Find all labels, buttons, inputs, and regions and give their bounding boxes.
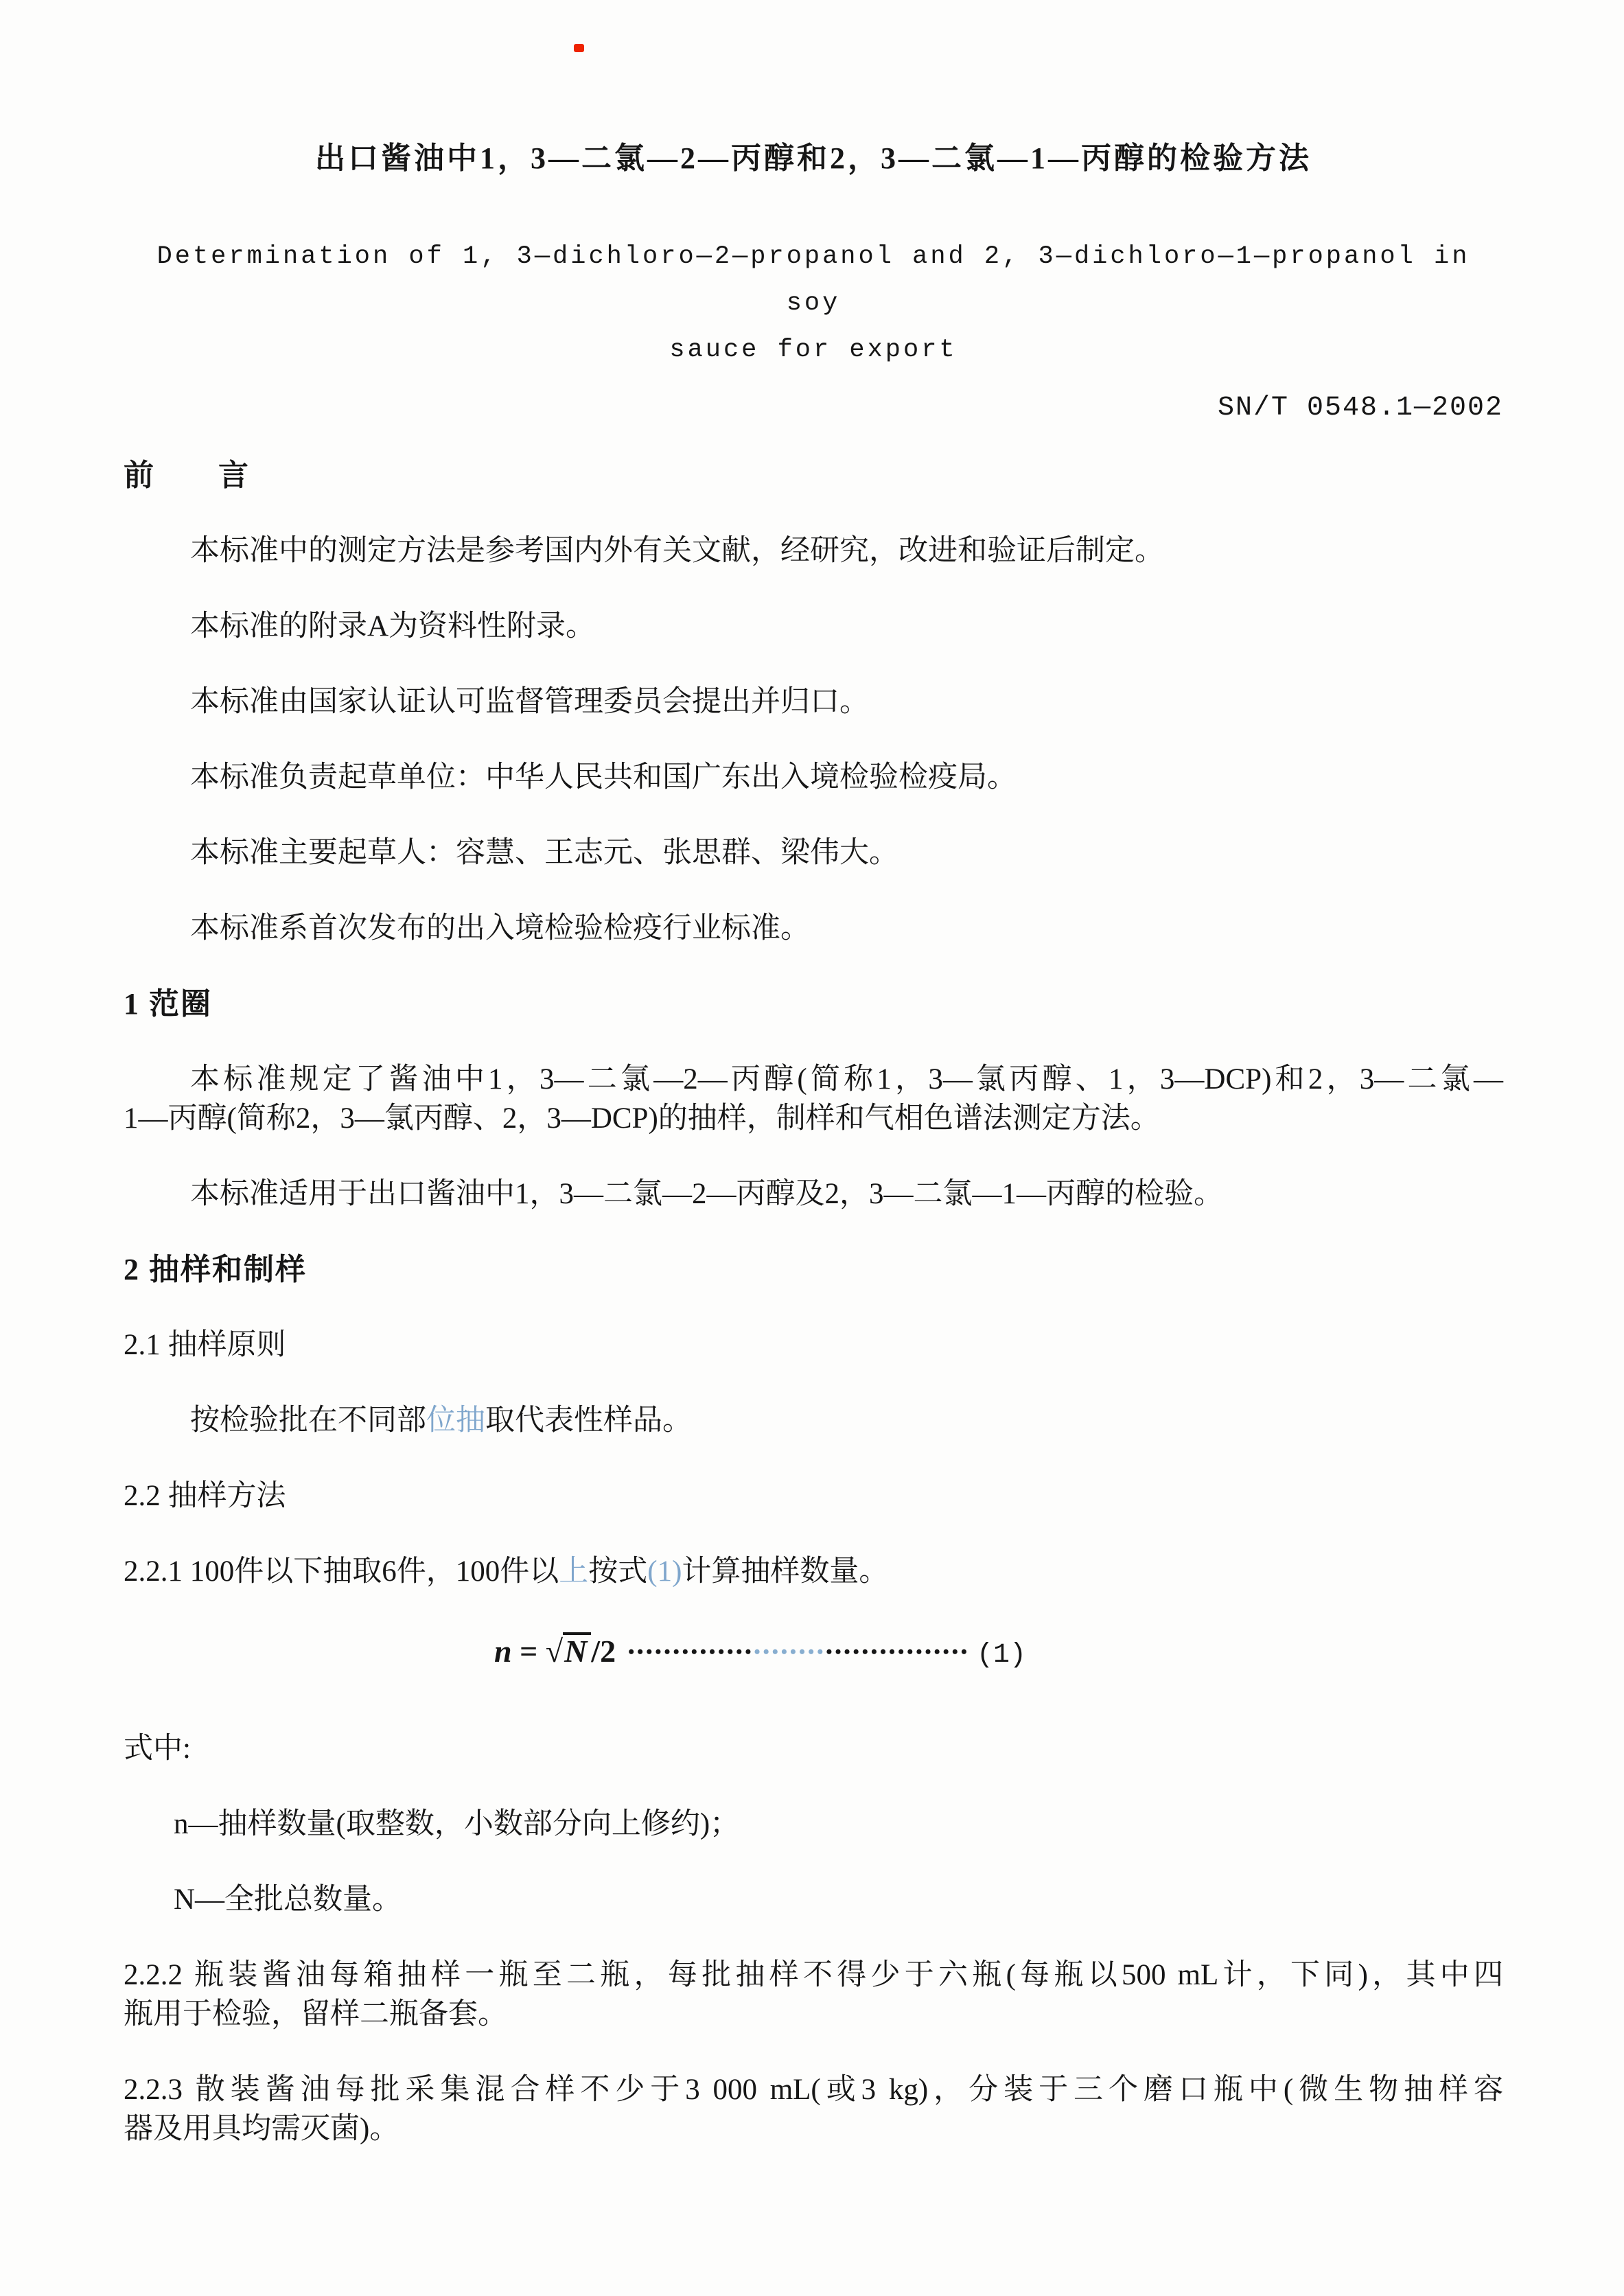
foreword-paragraph: 本标准的附录A为资料性附录。 xyxy=(124,607,1503,646)
sampling-principle-text: 取代表性样品。 xyxy=(485,1404,692,1437)
bulk-sampling-paragraph: 2.2.3 散装酱油每批采集混合样不少于3 000 mL(或3 kg)，分装于三… xyxy=(124,2070,1503,2148)
sampling-count-text-faded: 上 xyxy=(559,1555,588,1588)
sampling-heading: 2 抽样和制样 xyxy=(124,1250,1503,1289)
radicand: N xyxy=(563,1632,591,1667)
doc-title-cn: 出口酱油中1，3—二氯—2—丙醇和2，3—二氯—1—丙醇的检验方法 xyxy=(124,137,1503,180)
bulk-sampling-line2: 器及用具均需灭菌)。 xyxy=(124,2109,1503,2148)
equation-number: (1) xyxy=(977,1640,1026,1671)
foreword-heading: 前 言 xyxy=(124,456,1503,495)
sampling-formula: n = √N/2••••••••••••••••••••••••••••••••… xyxy=(494,1627,1503,1680)
dotted-leader: •••••••••••••••••••••••••••••••••••••• xyxy=(628,1642,970,1662)
sampling-count-text: 计算抽样数量。 xyxy=(682,1555,888,1588)
sampling-principle-heading: 2.1 抽样原则 xyxy=(124,1325,1503,1365)
scope-paragraph-line2: 1—丙醇(简称2，3—氯丙醇、2，3—DCP)的抽样，制样和气相色谱法测定方法。 xyxy=(124,1099,1503,1138)
sampling-principle-text: 按检验批在不同部 xyxy=(190,1404,426,1437)
scope-applicability-paragraph: 本标准适用于出口酱油中1，3—二氯—2—丙醇及2，3—二氯—1—丙醇的检验。 xyxy=(124,1174,1503,1214)
foreword-paragraph: 本标准主要起草人：容慧、王志元、张思群、梁伟大。 xyxy=(124,833,1503,872)
standard-code: SN/T 0548.1—2002 xyxy=(124,389,1503,428)
sampling-count-paragraph: 2.2.1 100件以下抽取6件，100件以上按式(1)计算抽样数量。 xyxy=(124,1552,1503,1591)
red-dot-mark xyxy=(574,44,584,52)
doc-title-en-line1: Determination of 1, 3—dichloro—2—propano… xyxy=(124,233,1503,327)
bottled-sampling-paragraph: 2.2.2 瓶装酱油每箱抽样一瓶至二瓶，每批抽样不得少于六瓶(每瓶以500 mL… xyxy=(124,1956,1503,2034)
foreword-paragraph: 本标准中的测定方法是参考国内外有关文献，经研究，改进和验证后制定。 xyxy=(124,531,1503,570)
definition-N: N—全批总数量。 xyxy=(124,1880,1503,1919)
equals-sign: = xyxy=(512,1634,546,1669)
definition-n: n—抽样数量(取整数，小数部分向上修约)； xyxy=(124,1805,1503,1844)
bottled-sampling-line2: 瓶用于检验，留样二瓶备套。 xyxy=(124,1995,1503,2034)
doc-title-en: Determination of 1, 3—dichloro—2—propano… xyxy=(124,233,1503,373)
sampling-principle-text-faded: 位抽 xyxy=(426,1404,485,1437)
foreword-paragraph: 本标准负责起草单位：中华人民共和国广东出入境检验检疫局。 xyxy=(124,758,1503,797)
formula-reference-faded: (1) xyxy=(647,1555,682,1588)
doc-title-en-line2: sauce for export xyxy=(124,327,1503,373)
sampling-principle-paragraph: 按检验批在不同部位抽取代表性样品。 xyxy=(124,1401,1503,1440)
sampling-count-text: 按式 xyxy=(588,1555,647,1588)
scope-heading: 1 范圈 xyxy=(124,984,1503,1023)
bulk-sampling-line1: 2.2.3 散装酱油每批采集混合样不少于3 000 mL(或3 kg)，分装于三… xyxy=(124,2070,1503,2109)
sampling-count-text: 2.2.1 100件以下抽取6件，100件以 xyxy=(124,1555,559,1588)
document-page: 出口酱油中1，3—二氯—2—丙醇和2，3—二氯—1—丙醇的检验方法 Determ… xyxy=(0,0,1624,2148)
bottled-sampling-line1: 2.2.2 瓶装酱油每箱抽样一瓶至二瓶，每批抽样不得少于六瓶(每瓶以500 mL… xyxy=(124,1956,1503,1995)
formula-lhs: n xyxy=(494,1634,512,1669)
where-label: 式中: xyxy=(124,1729,1503,1768)
foreword-paragraph: 本标准系首次发布的出入境检验检疫行业标准。 xyxy=(124,909,1503,948)
scope-paragraph-line1: 本标准规定了酱油中1，3—二氯—2—丙醇(简称1，3—氯丙醇、1，3—DCP)和… xyxy=(124,1060,1503,1099)
sampling-method-heading: 2.2 抽样方法 xyxy=(124,1476,1503,1516)
formula-tail: /2 xyxy=(591,1634,616,1669)
square-root-sign: √ xyxy=(546,1634,563,1669)
scope-paragraph: 本标准规定了酱油中1，3—二氯—2—丙醇(简称1，3—氯丙醇、1，3—DCP)和… xyxy=(124,1060,1503,1138)
foreword-paragraph: 本标准由国家认证认可监督管理委员会提出并归口。 xyxy=(124,682,1503,721)
